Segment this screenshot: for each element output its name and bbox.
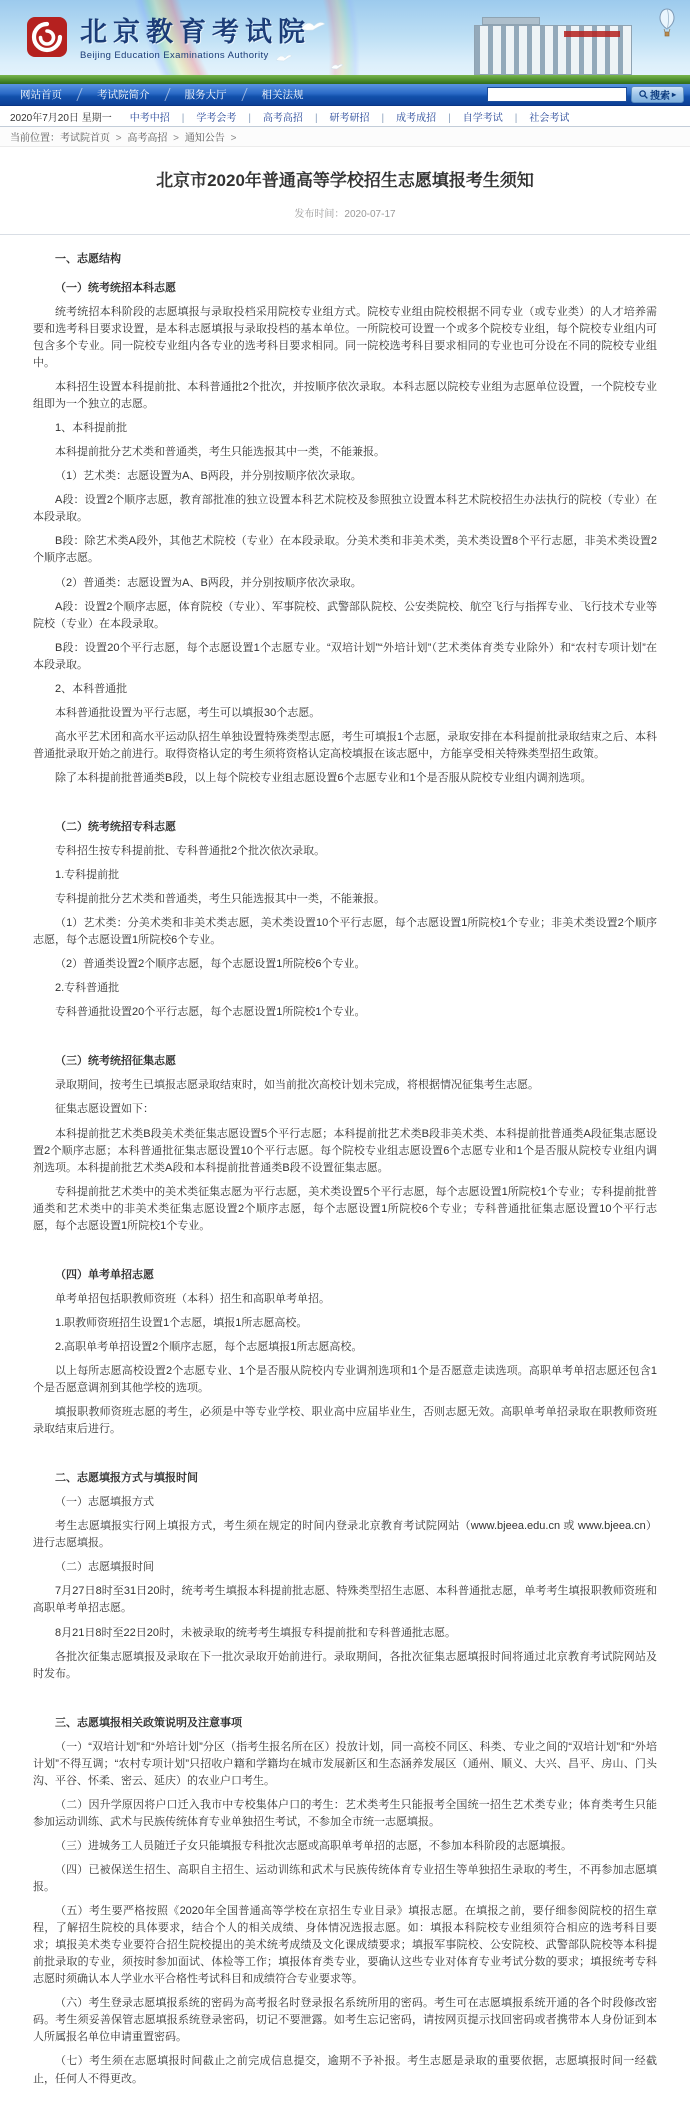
article-paragraph: （1）艺术类：志愿设置为A、B两段，并分别按顺序依次录取。 <box>33 468 657 485</box>
article-paragraph: 本科提前批艺术类B段美术类征集志愿设置5个平行志愿；本科提前批艺术类B段非美术类… <box>33 1126 657 1177</box>
main-nav-item-1[interactable]: 网站首页 <box>12 87 70 102</box>
article-paragraph: 8月21日8时至22日20时，未被录取的统考考生填报专科提前批和专科普通批志愿。 <box>33 1625 657 1642</box>
grass-decoration <box>0 75 690 84</box>
search-icon <box>639 90 648 99</box>
article-paragraph: （一）志愿填报方式 <box>33 1494 657 1511</box>
main-nav-item-4[interactable]: 相关法规 <box>254 87 312 102</box>
category-separator: | <box>382 113 385 124</box>
search-arrow-icon: ▸ <box>672 91 676 99</box>
search-button[interactable]: 搜索 ▸ <box>631 86 684 103</box>
main-nav-item-3[interactable]: 服务大厅 <box>177 87 235 102</box>
breadcrumb: 当前位置： 考试院首页 > 高考高招 > 通知公告 > <box>0 127 690 147</box>
breadcrumb-link-1[interactable]: 考试院首页 <box>60 133 110 144</box>
article-paragraph: 以上每所志愿高校设置2个志愿专业、1个是否服从院校内专业调剂选项和1个是否愿意走… <box>33 1363 657 1397</box>
article-paragraph: 本科招生设置本科提前批、本科普通批2个批次，并按顺序依次录取。本科志愿以院校专业… <box>33 379 657 413</box>
search-area: 搜索 ▸ <box>487 86 684 103</box>
article-paragraph: （二）志愿填报时间 <box>33 1559 657 1576</box>
article-paragraph: 统考统招本科阶段的志愿填报与录取投档采用院校专业组方式。院校专业组由院校根据不同… <box>33 304 657 372</box>
article-paragraph: 考生志愿填报实行网上填报方式，考生须在规定的时间内登录北京教育考试院网站（www… <box>33 1518 657 1552</box>
article-paragraph: 1.职教师资班招生设置1个志愿，填报1所志愿高校。 <box>33 1315 657 1332</box>
article-paragraph: （一）“双培计划”和“外培计划”分区（指考生报名所在区）投放计划，同一高校不同区… <box>33 1739 657 1790</box>
search-button-label: 搜索 <box>650 87 670 102</box>
article-paragraph: 填报职教师资班志愿的考生，必须是中等专业学校、职业高中应届毕业生，否则志愿无效。… <box>33 1404 657 1438</box>
article-body: 一、志愿结构（一）统考统招本科志愿统考统招本科阶段的志愿填报与录取投档采用院校专… <box>33 251 657 2088</box>
article-paragraph: （2）普通类设置2个顺序志愿，每个志愿设置1所院校6个专业。 <box>33 956 657 973</box>
article-paragraph: A段：设置2个顺序志愿，体育院校（专业）、军事院校、武警部队院校、公安类院校、航… <box>33 599 657 633</box>
article-paragraph: 7月27日8时至31日20时，统考考生填报本科提前批志愿、特殊类型招生志愿、本科… <box>33 1583 657 1617</box>
breadcrumb-link-2[interactable]: 高考高招 <box>127 133 167 144</box>
nav-separator <box>164 88 170 101</box>
category-nav-item-7[interactable]: 社会考试 <box>529 113 569 124</box>
article-paragraph: （四）已被保送生招生、高职自主招生、运动训练和武术与民族传统体育专业招生等单独招… <box>33 1862 657 1896</box>
article-paragraph: 各批次征集志愿填报及录取在下一批次录取开始前进行。录取期间，各批次征集志愿填报时… <box>33 1649 657 1683</box>
article-paragraph: 除了本科提前批普通类B段，以上每个院校专业组志愿设置6个志愿专业和1个是否服从院… <box>33 770 657 787</box>
article-heading: （三）统考统招征集志愿 <box>33 1053 657 1070</box>
category-nav-item-6[interactable]: 自学考试 <box>463 113 503 124</box>
category-nav-item-4[interactable]: 研考研招 <box>330 113 370 124</box>
main-navigation-bar: 网站首页考试院简介服务大厅相关法规 搜索 ▸ <box>0 84 690 106</box>
breadcrumb-separator: > <box>113 133 124 144</box>
article-heading: （二）统考统招专科志愿 <box>33 819 657 836</box>
article-paragraph: （六）考生登录志愿填报系统的密码为高考报名时登录报名系统所用的密码。考生可在志愿… <box>33 1995 657 2046</box>
article-paragraph: （五）考生要严格按照《2020年全国普通高等学校在京招生专业目录》填报志愿。在填… <box>33 1903 657 1988</box>
site-title-english: Beijing Education Examinations Authority <box>80 50 311 61</box>
article-paragraph: （七）考生须在志愿填报时间截止之前完成信息提交，逾期不予补报。考生志愿是录取的重… <box>33 2053 657 2087</box>
article-paragraph: 本科普通批设置为平行志愿，考生可以填报30个志愿。 <box>33 705 657 722</box>
category-nav-item-5[interactable]: 成考成招 <box>396 113 436 124</box>
category-separator: | <box>448 113 451 124</box>
main-nav-item-2[interactable]: 考试院简介 <box>89 87 158 102</box>
category-nav-item-1[interactable]: 中考中招 <box>130 113 170 124</box>
article-paragraph: （1）艺术类：分美术类和非美术类志愿，美术类设置10个平行志愿，每个志愿设置1所… <box>33 915 657 949</box>
article-paragraph: 2.专科普通批 <box>33 980 657 997</box>
article-paragraph: 录取期间，按考生已填报志愿录取结束时，如当前批次高校计划未完成，将根据情况征集考… <box>33 1077 657 1094</box>
site-banner: 北京教育考试院 Beijing Education Examinations A… <box>0 0 690 84</box>
site-title: 北京教育考试院 <box>80 16 311 48</box>
article-paragraph: 征集志愿设置如下： <box>33 1101 657 1118</box>
dove-icon <box>330 62 344 70</box>
title-divider <box>0 234 690 235</box>
article-heading: 三、志愿填报相关政策说明及注意事项 <box>33 1715 657 1732</box>
search-input[interactable] <box>487 87 627 102</box>
nav-separator <box>76 88 82 101</box>
article-paragraph: 专科提前批艺术类中的美术类征集志愿为平行志愿，美术类设置5个平行志愿，每个志愿设… <box>33 1184 657 1235</box>
article-heading: （四）单考单招志愿 <box>33 1267 657 1284</box>
article-paragraph: 专科招生按专科提前批、专科普通批2个批次依次录取。 <box>33 843 657 860</box>
category-nav-item-3[interactable]: 高考高招 <box>263 113 303 124</box>
article-paragraph: 专科普通批设置20个平行志愿，每个志愿设置1所院校1个专业。 <box>33 1004 657 1021</box>
article-paragraph: （2）普通类：志愿设置为A、B两段，并分别按顺序依次录取。 <box>33 575 657 592</box>
category-separator: | <box>315 113 318 124</box>
hot-air-balloon-icon <box>658 8 676 38</box>
breadcrumb-label: 当前位置： <box>10 129 60 144</box>
article-paragraph: B段：设置20个平行志愿，每个志愿设置1个志愿专业。“双培计划”“外培计划”（艺… <box>33 640 657 674</box>
article-heading: 二、志愿填报方式与填报时间 <box>33 1470 657 1487</box>
site-logo[interactable]: 北京教育考试院 Beijing Education Examinations A… <box>26 16 311 61</box>
main-nav-items: 网站首页考试院简介服务大厅相关法规 <box>12 87 487 102</box>
breadcrumb-separator: > <box>170 133 181 144</box>
article-paragraph: A段：设置2个顺序志愿，教育部批准的独立设置本科艺术院校及参照独立设置本科艺术院… <box>33 492 657 526</box>
category-nav-item-2[interactable]: 学考会考 <box>196 113 236 124</box>
article-container: 北京市2020年普通高等学校招生志愿填报考生须知 发布时间：2020-07-17… <box>0 147 690 2123</box>
category-separator: | <box>182 113 185 124</box>
beea-logo-icon <box>26 16 68 58</box>
building-illustration <box>482 17 540 25</box>
article-paragraph: （三）进城务工人员随迁子女只能填报专科批次志愿或高职单考单招的志愿，不参加本科阶… <box>33 1838 657 1855</box>
article-paragraph: B段：除艺术类A段外，其他艺术院校（专业）在本段录取。分美术类和非美术类，美术类… <box>33 533 657 567</box>
article-heading: （一）统考统招本科志愿 <box>33 280 657 297</box>
article-paragraph: 1.专科提前批 <box>33 867 657 884</box>
category-separator: | <box>248 113 251 124</box>
category-nav-items: 中考中招|学考会考|高考高招|研考研招|成考成招|自学考试|社会考试 <box>130 109 570 124</box>
nav-separator <box>241 88 247 101</box>
building-sign <box>564 31 620 37</box>
article-heading: 一、志愿结构 <box>33 251 657 268</box>
article-paragraph: 2、本科普通批 <box>33 681 657 698</box>
article-paragraph: 本科提前批分艺术类和普通类，考生只能选报其中一类，不能兼报。 <box>33 444 657 461</box>
breadcrumb-path: 考试院首页 > 高考高招 > 通知公告 > <box>60 129 242 144</box>
article-paragraph: 单考单招包括职教师资班（本科）招生和高职单考单招。 <box>33 1291 657 1308</box>
breadcrumb-link-3[interactable]: 通知公告 <box>185 133 225 144</box>
category-navigation-bar: 2020年7月20日 星期一 中考中招|学考会考|高考高招|研考研招|成考成招|… <box>0 106 690 127</box>
article-paragraph: 1、本科提前批 <box>33 420 657 437</box>
current-date: 2020年7月20日 星期一 <box>10 109 112 124</box>
article-paragraph: 高水平艺术团和高水平运动队招生单独设置特殊类型志愿，考生可填报1个志愿，录取安排… <box>33 729 657 763</box>
breadcrumb-separator: > <box>228 133 239 144</box>
page-title: 北京市2020年普通高等学校招生志愿填报考生须知 <box>33 169 657 193</box>
article-paragraph: 2.高职单考单招设置2个顺序志愿，每个志愿填报1所志愿高校。 <box>33 1339 657 1356</box>
article-paragraph: 专科提前批分艺术类和普通类，考生只能选报其中一类，不能兼报。 <box>33 891 657 908</box>
article-paragraph: （二）因升学原因将户口迁入我市中专校集体户口的考生：艺术类考生只能报考全国统一招… <box>33 1797 657 1831</box>
publish-date: 发布时间：2020-07-17 <box>33 205 657 220</box>
category-separator: | <box>515 113 518 124</box>
